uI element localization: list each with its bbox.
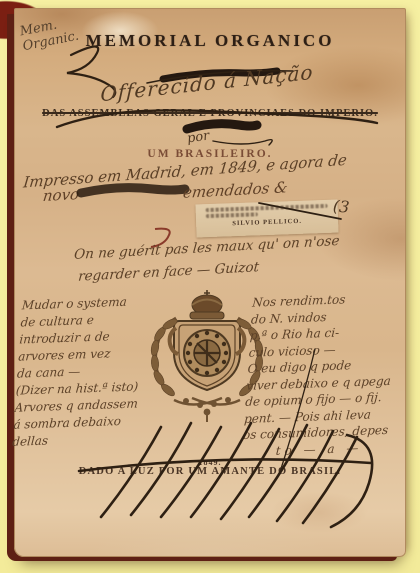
right-margin-note: Nos rendim.tos do N. vindos p.ª o Rio ha… — [241, 289, 414, 460]
scanned-document-photo: Mem. Organic. MEMORIAL ORGANICO Offereci… — [0, 0, 420, 573]
left-margin-note: Mudar o systema de cultura e introduzir … — [12, 292, 173, 451]
edition-note-line2-end: emendados & — [182, 178, 289, 202]
slip-attribution: SILVIO PELLICO. — [202, 217, 332, 229]
handwritten-dedication: Offerecido á Nação — [57, 55, 356, 111]
edition-note-line2-start: novo — [42, 185, 80, 205]
slip-illegible-print-line1 — [206, 204, 328, 212]
slip-illegible-print-line2 — [206, 212, 258, 218]
handwritten-slip-mark: (3 — [332, 196, 350, 217]
document-page: Mem. Organic. MEMORIAL ORGANICO Offereci… — [14, 8, 406, 557]
epigraph: On ne guérit pas les maux qu' on n'ose r… — [71, 230, 340, 288]
struck-printed-dedication: DAS ASSEMBLEAS GERAL E PROVINCIAES DO IM… — [15, 108, 405, 119]
imprint-line: DADO A LUZ POR UM AMANTE DO BRASIL. — [15, 466, 405, 477]
page-title: MEMORIAL ORGANICO — [15, 31, 405, 51]
handwritten-por: por — [186, 129, 210, 147]
